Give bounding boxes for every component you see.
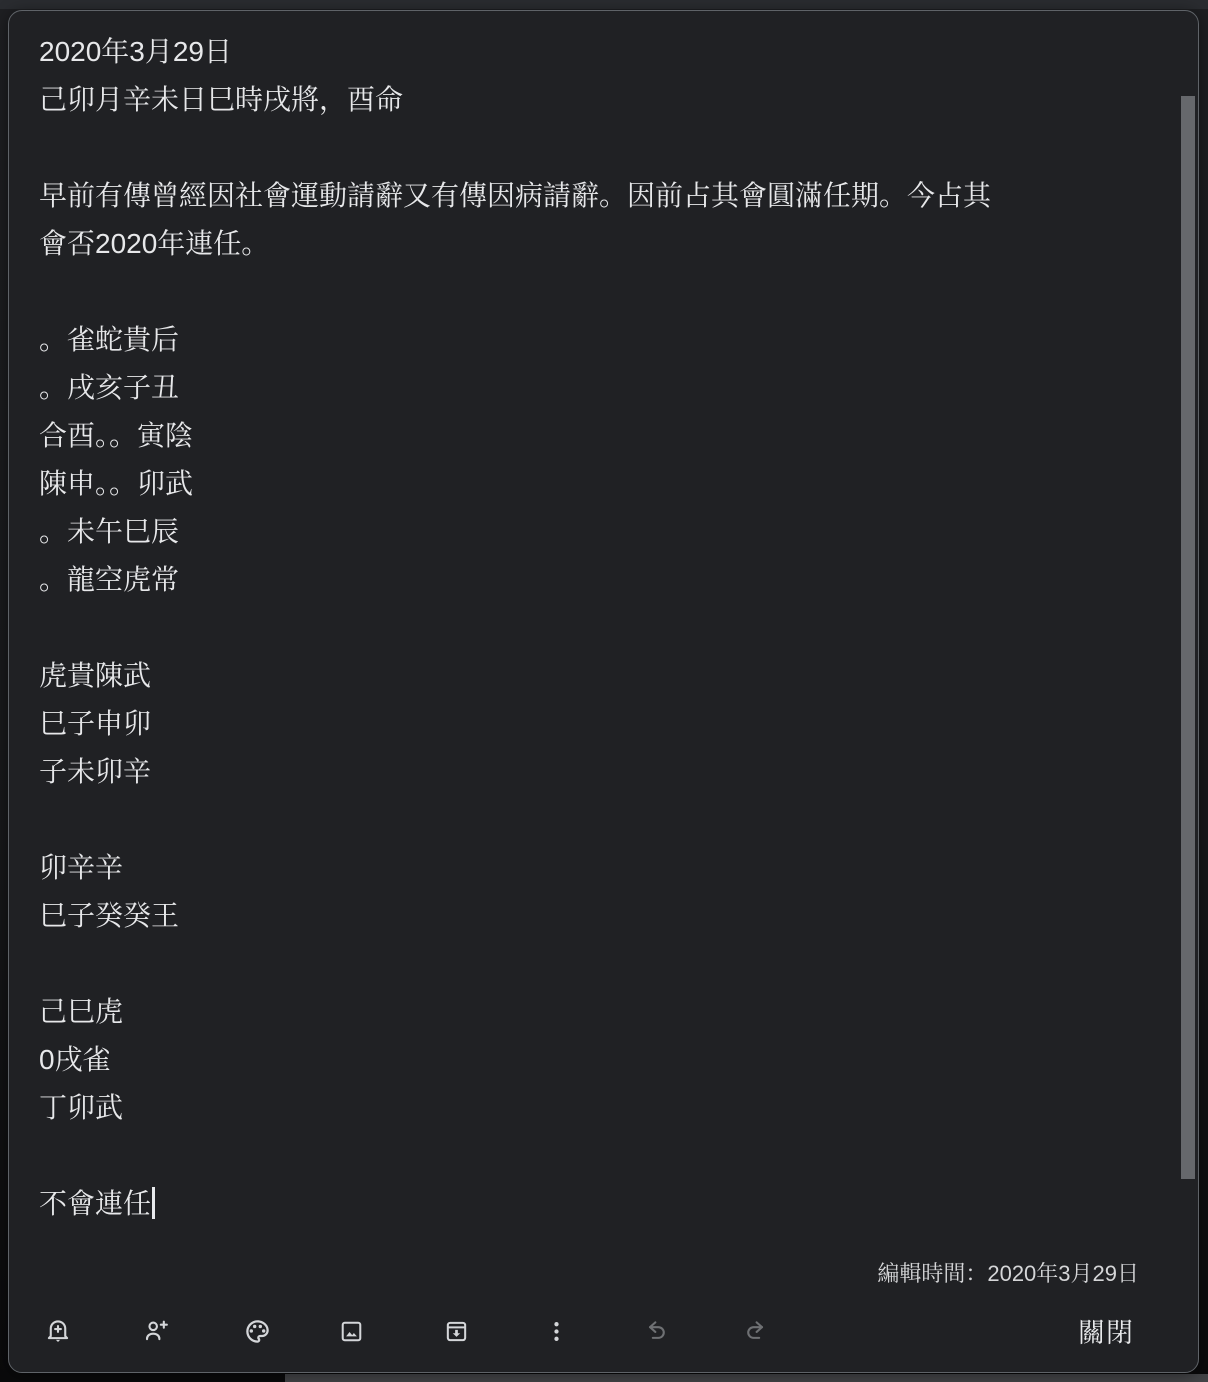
note-line: 。龍空虎常 bbox=[39, 556, 1154, 604]
note-line bbox=[39, 268, 1154, 316]
undo-button[interactable] bbox=[633, 1307, 681, 1355]
scrollbar-thumb[interactable] bbox=[1181, 96, 1195, 1179]
note-line: 子未卯辛 bbox=[39, 748, 1154, 796]
note-line: 。戌亥子丑 bbox=[39, 364, 1154, 412]
note-line: 早前有傳曾經因社會運動請辭又有傳因病請辭。因前占其會圓滿任期。今占其 bbox=[39, 172, 1154, 220]
note-line: 陳申。。卯武 bbox=[39, 460, 1154, 508]
archive-button[interactable] bbox=[432, 1307, 480, 1355]
note-line: 虎貴陳武 bbox=[39, 652, 1154, 700]
more-vert-icon bbox=[543, 1318, 570, 1345]
note-line: 己巳虎 bbox=[39, 988, 1154, 1036]
add-collaborator-button[interactable] bbox=[132, 1307, 180, 1355]
add-image-button[interactable] bbox=[327, 1307, 375, 1355]
redo-icon bbox=[741, 1317, 769, 1345]
note-editor-card: 2020年3月29日己卯月辛未日巳時戌將，酉命 早前有傳曾經因社會運動請辭又有傳… bbox=[8, 10, 1199, 1373]
note-line: 巳子申卯 bbox=[39, 700, 1154, 748]
background-bottom-strip-light bbox=[285, 1374, 1208, 1382]
note-line: 卯辛辛 bbox=[39, 844, 1154, 892]
image-icon bbox=[338, 1318, 365, 1345]
note-line bbox=[39, 604, 1154, 652]
note-line: 會否2020年連任。 bbox=[39, 220, 1154, 268]
background-top-strip bbox=[0, 0, 1208, 9]
more-options-button[interactable] bbox=[532, 1307, 580, 1355]
archive-icon bbox=[443, 1318, 470, 1345]
bottom-toolbar: 關閉 bbox=[9, 1290, 1198, 1372]
edit-time-label: 編輯時間：2020年3月29日 bbox=[877, 1259, 1139, 1289]
note-line: 合酉。。寅陰 bbox=[39, 412, 1154, 460]
person-add-icon bbox=[142, 1317, 170, 1345]
background-bottom-strip-dark bbox=[0, 1374, 285, 1382]
text-caret bbox=[152, 1187, 155, 1219]
reminder-button[interactable] bbox=[34, 1307, 82, 1355]
note-line bbox=[39, 940, 1154, 988]
close-button[interactable]: 關閉 bbox=[1078, 1310, 1134, 1350]
color-options-button[interactable] bbox=[233, 1307, 281, 1355]
note-line: 巳子癸癸王 bbox=[39, 892, 1154, 940]
redo-button[interactable] bbox=[731, 1307, 779, 1355]
note-text-area[interactable]: 2020年3月29日己卯月辛未日巳時戌將，酉命 早前有傳曾經因社會運動請辭又有傳… bbox=[39, 28, 1154, 1228]
note-line bbox=[39, 1132, 1154, 1180]
undo-icon bbox=[643, 1317, 671, 1345]
note-line: 己卯月辛未日巳時戌將，酉命 bbox=[39, 76, 1154, 124]
palette-icon bbox=[244, 1318, 271, 1345]
note-line bbox=[39, 124, 1154, 172]
note-line: 0戌雀 bbox=[39, 1036, 1154, 1084]
note-line: 。未午巳辰 bbox=[39, 508, 1154, 556]
note-line: 。雀蛇貴后 bbox=[39, 316, 1154, 364]
note-line: 不會連任 bbox=[39, 1180, 1154, 1228]
note-line: 丁卯武 bbox=[39, 1084, 1154, 1132]
note-line: 2020年3月29日 bbox=[39, 28, 1154, 76]
bell-plus-icon bbox=[44, 1317, 72, 1345]
note-line bbox=[39, 796, 1154, 844]
